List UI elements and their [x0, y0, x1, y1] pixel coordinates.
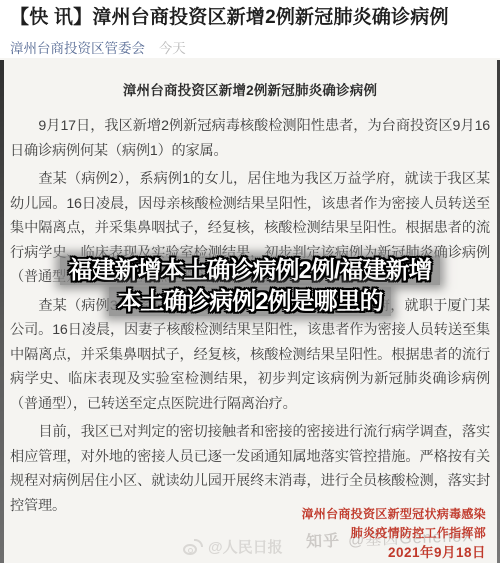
account-name-link[interactable]: 漳州台商投资区管委会: [10, 41, 145, 56]
article-title: 【快 讯】漳州台商投资区新增2例新冠肺炎确诊病例: [10, 6, 492, 30]
byline: 漳州台商投资区管委会 今天: [10, 37, 186, 57]
weibo-watermark-text: @人民日报: [208, 536, 283, 557]
notice-paragraph: 目前，我区已对判定的密切接触者和密接的密接进行流行病学调查，落实相应管理，对外地…: [10, 420, 490, 518]
notice-paragraph: 9月17日，我区新增2例新冠病毒核酸检测阳性患者，为台商投资区9月16日确诊病例…: [10, 114, 490, 163]
notice-heading: 漳州台商投资区新增2例新冠肺炎确诊病例: [10, 79, 490, 99]
weibo-watermark: @人民日报: [183, 536, 283, 557]
caption-overlay: 福建新增本土确诊病例2例/福建新增 本土确诊病例2例是哪里的: [0, 256, 500, 316]
caption-line-1: 福建新增本土确诊病例2例/福建新增: [60, 256, 439, 285]
issuer-line: 肺炎疫情防控工作指挥部: [301, 524, 486, 543]
caption-line-2: 本土确诊病例2例是哪里的: [109, 287, 390, 316]
notice-body: 9月17日，我区新增2例新冠病毒核酸检测阳性患者，为台商投资区9月16日确诊病例…: [10, 114, 490, 518]
issuer-line: 漳州台商投资区新型冠状病毒感染: [301, 505, 486, 524]
publish-time: 今天: [159, 41, 186, 56]
weibo-logo-icon: [183, 539, 203, 555]
article-page: 【快 讯】漳州台商投资区新增2例新冠肺炎确诊病例 漳州台商投资区管委会 今天 漳…: [0, 0, 500, 563]
issue-date: 2021年9月18日: [301, 543, 486, 562]
issuer-signature: 漳州台商投资区新型冠状病毒感染 肺炎疫情防控工作指挥部 2021年9月18日: [301, 505, 486, 562]
